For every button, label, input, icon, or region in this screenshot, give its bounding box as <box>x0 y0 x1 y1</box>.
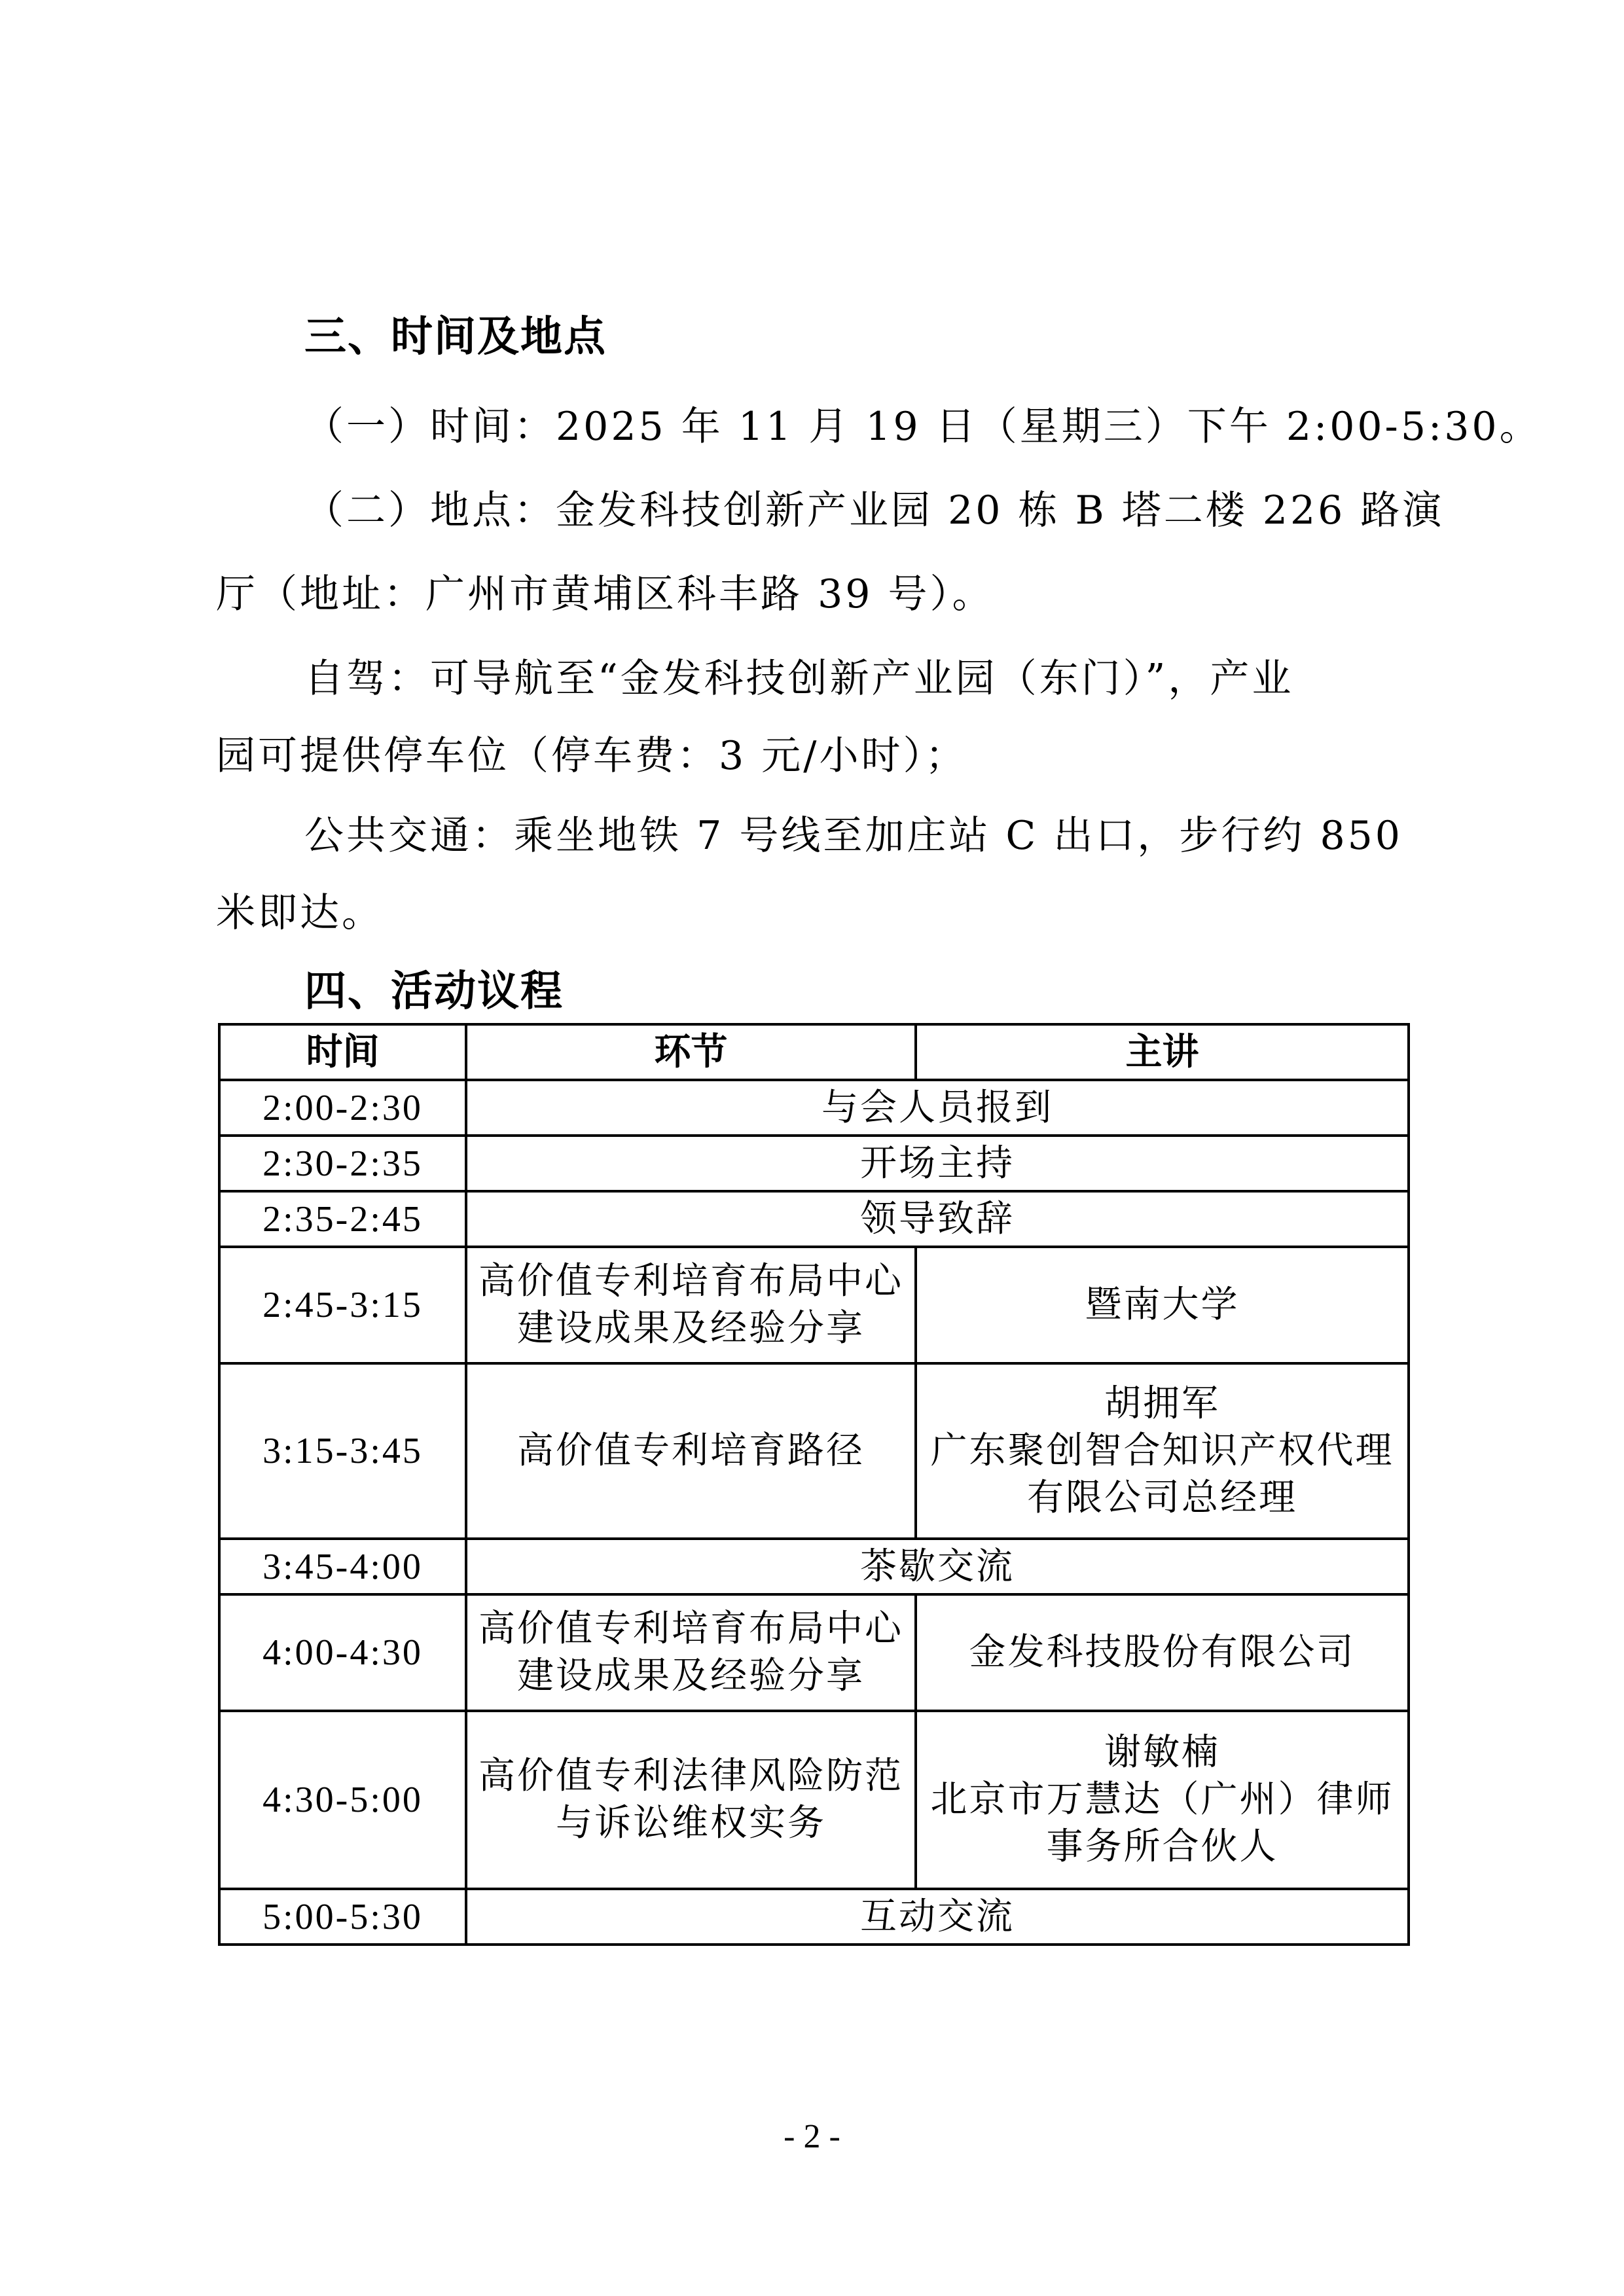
row-time: 3:45-4:00 <box>219 1539 466 1594</box>
table-header-row: 时间 环节 主讲 <box>219 1024 1409 1080</box>
event-location-line-2: 厅（地址：广州市黄埔区科丰路 39 号）。 <box>216 568 994 620</box>
row-session: 互动交流 <box>466 1889 1409 1945</box>
row-time: 5:00-5:30 <box>219 1889 466 1945</box>
table-row: 4:30-5:00 高价值专利法律风险防范 与诉讼维权实务 谢敏楠 北京市万慧达… <box>219 1711 1409 1889</box>
session-line: 高价值专利培育路径 <box>471 1427 911 1475</box>
session-line: 建设成果及经验分享 <box>471 1305 911 1352</box>
table-row: 2:00-2:30 与会人员报到 <box>219 1080 1409 1136</box>
table-row: 3:15-3:45 高价值专利培育路径 胡拥军 广东聚创智合知识产权代理 有限公… <box>219 1363 1409 1539</box>
section-3-heading: 三、时间及地点 <box>304 311 607 363</box>
header-speaker: 主讲 <box>916 1024 1409 1080</box>
row-time: 4:30-5:00 <box>219 1711 466 1889</box>
agenda-table: 时间 环节 主讲 2:00-2:30 与会人员报到 2:30-2:35 开场主持… <box>218 1023 1410 1946</box>
transit-directions-line-2: 米即达。 <box>216 887 384 939</box>
table-row: 5:00-5:30 互动交流 <box>219 1889 1409 1945</box>
row-time: 2:45-3:15 <box>219 1247 466 1363</box>
row-speaker: 金发科技股份有限公司 <box>916 1594 1409 1711</box>
speaker-affiliation-line: 有限公司总经理 <box>921 1475 1403 1522</box>
driving-directions-line-2: 园可提供停车位（停车费：3 元/小时）； <box>216 730 967 782</box>
row-speaker: 胡拥军 广东聚创智合知识产权代理 有限公司总经理 <box>916 1363 1409 1539</box>
table-row: 2:45-3:15 高价值专利培育布局中心 建设成果及经验分享 暨南大学 <box>219 1247 1409 1363</box>
row-session: 与会人员报到 <box>466 1080 1409 1136</box>
row-session: 开场主持 <box>466 1136 1409 1191</box>
session-line: 高价值专利培育布局中心 <box>471 1605 911 1653</box>
event-location-line-1: （二）地点：金发科技创新产业园 20 栋 B 塔二楼 226 路演 <box>304 484 1444 537</box>
header-time: 时间 <box>219 1024 466 1080</box>
transit-directions-line-1: 公共交通：乘坐地铁 7 号线至加庄站 C 出口，步行约 850 <box>304 810 1403 862</box>
speaker-affiliation-line: 北京市万慧达（广州）律师 <box>921 1776 1403 1823</box>
row-session: 高价值专利培育布局中心 建设成果及经验分享 <box>466 1247 916 1363</box>
speaker-line: 暨南大学 <box>921 1282 1403 1329</box>
row-speaker: 谢敏楠 北京市万慧达（广州）律师 事务所合伙人 <box>916 1711 1409 1889</box>
row-time: 2:30-2:35 <box>219 1136 466 1191</box>
session-line: 建设成果及经验分享 <box>471 1653 911 1700</box>
row-session: 茶歇交流 <box>466 1539 1409 1594</box>
page-number: - 2 - <box>0 2117 1624 2157</box>
header-session: 环节 <box>466 1024 916 1080</box>
row-time: 3:15-3:45 <box>219 1363 466 1539</box>
speaker-name: 谢敏楠 <box>921 1729 1403 1776</box>
row-session: 高价值专利法律风险防范 与诉讼维权实务 <box>466 1711 916 1889</box>
table-row: 2:35-2:45 领导致辞 <box>219 1191 1409 1247</box>
row-time: 2:00-2:30 <box>219 1080 466 1136</box>
row-time: 2:35-2:45 <box>219 1191 466 1247</box>
event-time-line: （一）时间：2025 年 11 月 19 日（星期三）下午 2:00-5:30。 <box>304 401 1542 453</box>
row-session: 高价值专利培育路径 <box>466 1363 916 1539</box>
row-speaker: 暨南大学 <box>916 1247 1409 1363</box>
section-4-heading: 四、活动议程 <box>304 965 564 1018</box>
row-session: 领导致辞 <box>466 1191 1409 1247</box>
speaker-affiliation-line: 事务所合伙人 <box>921 1823 1403 1871</box>
table-row: 2:30-2:35 开场主持 <box>219 1136 1409 1191</box>
speaker-line: 金发科技股份有限公司 <box>921 1629 1403 1676</box>
session-line: 与诉讼维权实务 <box>471 1800 911 1847</box>
driving-directions-line-1: 自驾：可导航至“金发科技创新产业园（东门）”，产业 <box>304 653 1293 705</box>
session-line: 高价值专利法律风险防范 <box>471 1753 911 1800</box>
row-session: 高价值专利培育布局中心 建设成果及经验分享 <box>466 1594 916 1711</box>
row-time: 4:00-4:30 <box>219 1594 466 1711</box>
table-row: 4:00-4:30 高价值专利培育布局中心 建设成果及经验分享 金发科技股份有限… <box>219 1594 1409 1711</box>
table-row: 3:45-4:00 茶歇交流 <box>219 1539 1409 1594</box>
speaker-name: 胡拥军 <box>921 1380 1403 1427</box>
session-line: 高价值专利培育布局中心 <box>471 1258 911 1305</box>
speaker-affiliation-line: 广东聚创智合知识产权代理 <box>921 1427 1403 1475</box>
